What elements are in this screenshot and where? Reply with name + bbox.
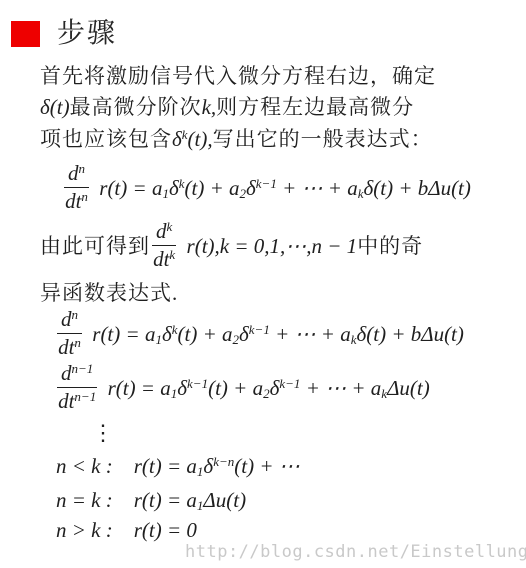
paragraph-line-3: 项也应该包含δk(t),写出它的一般表达式： [40,127,433,151]
heading-row: 步骤 [11,20,117,48]
case-n-greater-than-k: n > k : r(t) = 0 [56,518,197,542]
case-n-less-than-k: n < k : r(t) = a1δk−n(t) + ⋯ [56,454,300,478]
equation-nth-derivative: dndtn r(t) = a1δk(t) + a2δk−1 + ⋯ + akδ(… [55,310,464,362]
red-bullet-icon [11,21,40,47]
paragraph-line-2: δ(t)最高微分阶次k,则方程左边最高微分 [40,95,414,119]
paragraph-line-1: 首先将激励信号代入微分方程右边，确定 [40,64,436,88]
watermark-url: http://blog.csdn.net/Einstellung [185,542,526,562]
equation-general-form: dndtn r(t) = a1δk(t) + a2δk−1 + ⋯ + akδ(… [62,164,471,216]
vertical-ellipsis: ⋮ [92,420,114,446]
equation-n-minus-1-derivative: dn−1dtn−1 r(t) = a1δk−1(t) + a2δk−1 + ⋯ … [55,364,430,416]
derivation-text-line: 由此可得到dkdtk r(t),k = 0,1,⋯,n − 1中的奇 [40,222,423,274]
heading-text: 步骤 [57,20,117,48]
derivation-text-line-2: 异函数表达式. [40,281,178,305]
case-n-equal-k: n = k : r(t) = a1Δu(t) [56,488,246,512]
slide: 步骤 首先将激励信号代入微分方程右边，确定 δ(t)最高微分阶次k,则方程左边最… [0,0,526,568]
